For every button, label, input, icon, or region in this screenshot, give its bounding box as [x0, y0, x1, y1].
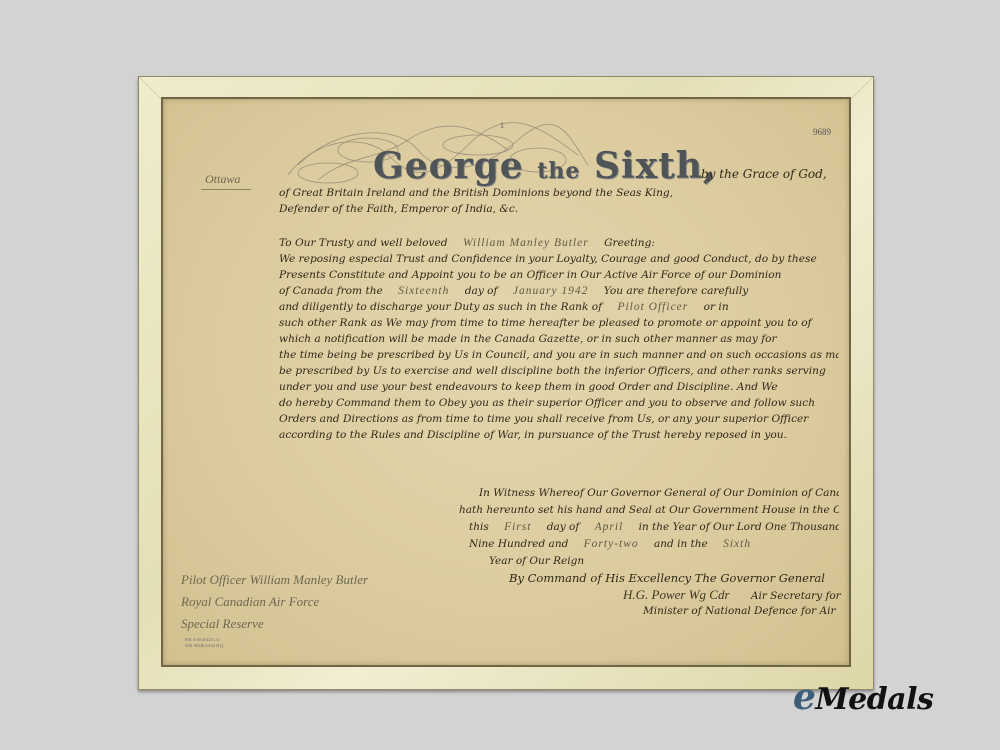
document-title: George the Sixth, [373, 145, 716, 187]
body-text: of Canada from the [279, 285, 383, 297]
witness-text: day of [547, 521, 579, 533]
body-line: such other Rank as We may from time to t… [279, 315, 839, 331]
witness-text: and in the [654, 538, 708, 550]
greeting-text: Greeting: [604, 237, 655, 249]
witness-text: Nine Hundred and [469, 538, 568, 550]
signing-year: Forty-two [572, 538, 651, 550]
reign-year: Sixth [711, 538, 763, 550]
body-line: We reposing especial Trust and Confidenc… [279, 251, 839, 267]
recipient-name: William Manley Butler [451, 237, 601, 249]
witness-text: this [469, 521, 489, 533]
signatory-office: Minister of National Defence for Air [623, 604, 841, 619]
signing-day: First [492, 521, 543, 533]
recipient-block: Pilot Officer William Manley Butler Roya… [181, 569, 368, 635]
printer-code-line: W.R. 96248 2/4/42 H.Q. [185, 643, 224, 649]
printer-code: P.M. 4-40 (4-42) C.O. W.R. 96248 2/4/42 … [185, 637, 224, 649]
body-line: Orders and Directions as from time to ti… [279, 411, 839, 427]
page-number: 1 [500, 121, 504, 130]
preamble: of Great Britain Ireland and the British… [279, 185, 839, 217]
title-george: George [373, 145, 524, 187]
witness-line: In Witness Whereof Our Governor General … [459, 485, 839, 502]
body-line: and diligently to discharge your Duty as… [279, 299, 839, 315]
logo-e: e [793, 676, 815, 718]
recipient-service: Royal Canadian Air Force [181, 591, 368, 613]
body-line: do hereby Command them to Obey you as th… [279, 395, 839, 411]
preamble-line: of Great Britain Ireland and the British… [279, 185, 839, 201]
recipient-rank-name: Pilot Officer William Manley Butler [181, 569, 368, 591]
picture-frame: 1 9689 Ottawa George the Sixth, by the G… [138, 76, 874, 690]
signature-block: H.G. Power Wg Cdr Air Secretary for Mini… [623, 587, 841, 619]
annotation-underline [201, 189, 251, 190]
signature: H.G. Power Wg Cdr [623, 587, 730, 602]
margin-annotation: Ottawa [205, 172, 240, 187]
body-line: of Canada from the Sixteenth day of Janu… [279, 283, 839, 299]
body-line: under you and use your best endeavours t… [279, 379, 839, 395]
title-sixth: Sixth, [594, 145, 716, 187]
command-line: By Command of His Excellency The Governo… [459, 570, 839, 587]
appointment-day: Sixteenth [386, 285, 461, 297]
witness-line: this First day of April in the Year of O… [459, 519, 839, 536]
body-line: the time being be prescribed by Us in Co… [279, 347, 839, 363]
body-text: or in [704, 301, 729, 313]
witness-text: in the Year of Our Lord One Thousand [639, 521, 839, 533]
witness-clause: In Witness Whereof Our Governor General … [459, 485, 839, 587]
body-line: which a notification will be made in the… [279, 331, 839, 347]
witness-line: hath hereunto set his hand and Seal at O… [459, 502, 839, 519]
logo-text: Medals [815, 682, 933, 717]
signature-line: H.G. Power Wg Cdr Air Secretary for [623, 587, 841, 604]
body-line: To Our Trusty and well beloved William M… [279, 235, 839, 251]
salutation-text: To Our Trusty and well beloved [279, 237, 448, 249]
recipient-reserve: Special Reserve [181, 613, 368, 635]
preamble-line: Defender of the Faith, Emperor of India,… [279, 201, 839, 217]
commission-document: 1 9689 Ottawa George the Sixth, by the G… [161, 97, 851, 667]
signing-month: April [583, 521, 636, 533]
body-line: according to the Rules and Discipline of… [279, 427, 839, 443]
body-line: be prescribed by Us to exercise and well… [279, 363, 839, 379]
by-grace-text: by the Grace of God, [701, 167, 827, 181]
commission-body: To Our Trusty and well beloved William M… [279, 235, 839, 443]
rank: Pilot Officer [605, 301, 700, 313]
body-text: and diligently to discharge your Duty as… [279, 301, 602, 313]
appointment-month-year: January 1942 [501, 285, 601, 297]
title-the: the [537, 158, 580, 184]
witness-line: Year of Our Reign [459, 553, 839, 570]
emedals-watermark-logo: eMedals [793, 676, 933, 718]
witness-line: Nine Hundred and Forty-two and in the Si… [459, 536, 839, 553]
signatory-title: Air Secretary for [751, 590, 841, 602]
body-text: You are therefore carefully [604, 285, 748, 297]
body-text: day of [465, 285, 498, 297]
certificate-number: 9689 [813, 127, 831, 137]
body-line: Presents Constitute and Appoint you to b… [279, 267, 839, 283]
